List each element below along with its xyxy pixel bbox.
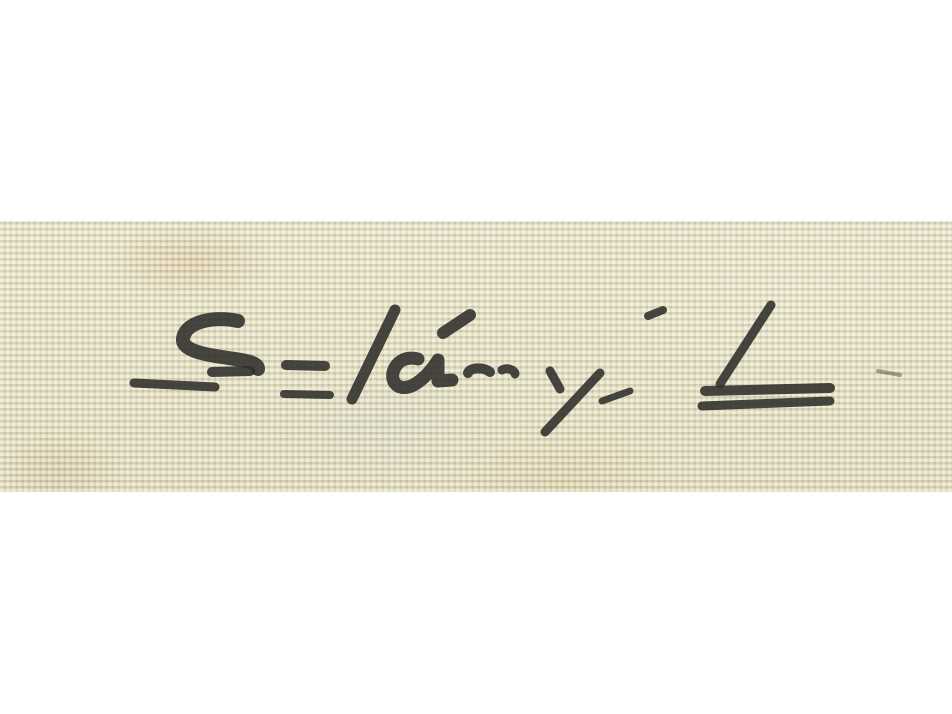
brush-stroke	[705, 388, 830, 391]
brush-stroke	[648, 310, 663, 316]
brush-stroke	[393, 358, 452, 387]
brush-stroke	[284, 394, 330, 395]
brush-stroke	[286, 365, 325, 366]
brush-stroke	[352, 310, 395, 399]
brush-stroke	[602, 391, 630, 401]
brush-stroke	[550, 371, 560, 389]
brush-stroke	[134, 383, 215, 387]
brush-stroke	[183, 319, 258, 369]
brush-stroke	[702, 401, 830, 406]
painted-signature	[0, 221, 952, 492]
brush-stroke	[878, 371, 900, 375]
brush-stroke	[212, 371, 250, 372]
brush-stroke	[720, 305, 771, 384]
brush-stroke	[443, 315, 470, 333]
brush-stroke	[502, 369, 515, 374]
canvas-photo: Szilágyi L	[0, 221, 952, 492]
brush-stroke	[468, 368, 490, 373]
